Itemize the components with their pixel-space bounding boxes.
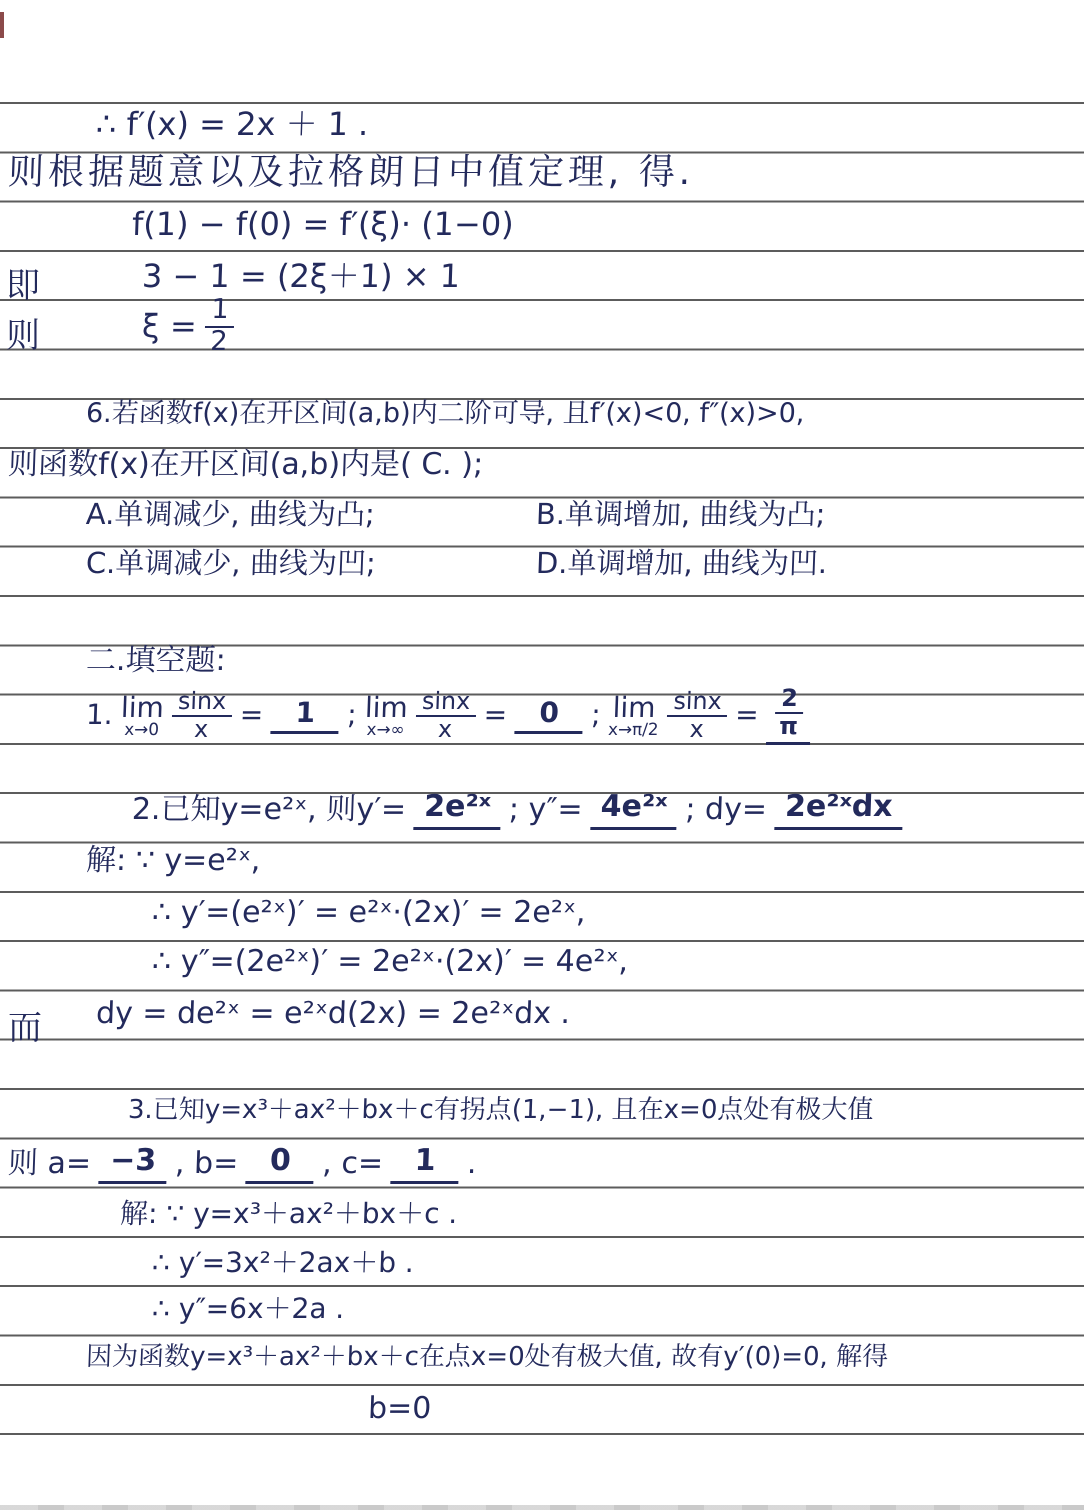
fraction-numerator: 2 xyxy=(775,686,805,714)
q2-stem-text-a: 2.已知y=e²ˣ, 则y′= xyxy=(131,793,406,828)
q3-solution-line5: b=0 xyxy=(367,1392,431,1427)
q3-stem-line: 3.已知y=x³＋ax²＋bx＋c有拐点(1,−1), 且在x=0点处有极大值 xyxy=(127,1096,873,1126)
fraction-denominator: x xyxy=(434,717,457,742)
lagrange-derivative-line: ∴ f′(x) = 2x ＋ 1 . xyxy=(95,106,369,143)
lim-subscript: x→π/2 xyxy=(608,721,659,738)
separator: ; xyxy=(591,699,602,731)
fraction-denominator: π xyxy=(775,714,803,739)
q3-c-label: , c= xyxy=(322,1147,384,1182)
period: . xyxy=(466,1147,477,1182)
q3-answer-a: −3 xyxy=(98,1144,167,1184)
separator: ; xyxy=(347,699,358,731)
fraction-denominator: x xyxy=(685,717,708,742)
q1-number: 1. xyxy=(85,699,113,731)
fraction-numerator: 1 xyxy=(205,296,235,328)
limit-2-answer: 0 xyxy=(515,697,584,734)
equals-sign: = xyxy=(239,699,264,731)
q2-stem-text-c: ; dy= xyxy=(685,793,768,828)
q3-answer-c: 1 xyxy=(390,1144,459,1184)
fraction-numerator: sinx xyxy=(415,689,476,717)
q2-stem-text-b: ; y″= xyxy=(508,793,583,828)
fraction-denominator: 2 xyxy=(206,328,232,357)
limit-1-answer: 1 xyxy=(271,697,340,734)
q2-solution-line2: ∴ y′=(e²ˣ)′ = e²ˣ·(2x)′ = 2e²ˣ, xyxy=(151,896,586,931)
q6-stem-line1: 6.若函数f(x)在开区间(a,b)内二阶可导, 且f′(x)<0, f″(x)… xyxy=(85,398,805,429)
q3-solution-line3: ∴ y″=6x＋2a . xyxy=(151,1293,344,1325)
lagrange-step1-line: 3 − 1 = (2ξ＋1) × 1 xyxy=(141,258,460,295)
fraction-denominator: x xyxy=(190,717,213,742)
margin-word-ze: 则 xyxy=(6,308,40,357)
limit-3-fraction: sinx x xyxy=(666,689,728,742)
q6-option-c: C.单调减少, 曲线为凹; xyxy=(85,547,376,580)
q6-option-a: A.单调减少, 曲线为凸; xyxy=(85,498,375,531)
lagrange-equation-line: f(1) − f(0) = f′(ξ)· (1−0) xyxy=(131,206,514,243)
lagrange-xi-line: ξ = 1 2 xyxy=(141,296,235,356)
q3-solution-line4: 因为函数y=x³＋ax²＋bx＋c在点x=0处有极大值, 故有y′(0)=0, … xyxy=(85,1343,888,1373)
limit-3: lim x→π/2 xyxy=(608,694,660,738)
xi-equals: ξ = xyxy=(141,308,197,345)
q2-answer-3: 2e²ˣdx xyxy=(774,790,903,830)
q3-solution-line1: 解: ∵ y=x³＋ax²＋bx＋c . xyxy=(119,1198,457,1230)
lagrange-theorem-line: 则根据题意以及拉格朗日中值定理, 得. xyxy=(7,152,695,193)
margin-word-er: 而 xyxy=(8,1000,42,1049)
q6-option-b: B.单调增加, 曲线为凸; xyxy=(535,498,825,531)
limit-1: lim x→0 xyxy=(120,694,164,738)
q3-answer-b: 0 xyxy=(246,1144,315,1184)
notebook-page: ∴ f′(x) = 2x ＋ 1 . 则根据题意以及拉格朗日中值定理, 得. f… xyxy=(0,0,1084,1510)
limit-3-answer-fraction: 2 π xyxy=(766,686,813,745)
q3-b-label: , b= xyxy=(174,1147,238,1182)
lim-word: lim xyxy=(364,694,408,722)
margin-word-ji: 即 xyxy=(6,258,40,307)
limit-1-fraction: sinx x xyxy=(171,689,233,742)
q6-option-d: D.单调增加, 曲线为凹. xyxy=(535,547,827,580)
fill-q1-limits-line: 1. lim x→0 sinx x = 1 ; lim x→∞ sinx x =… xyxy=(85,686,812,745)
q2-solution-line1: 解: ∵ y=e²ˣ, xyxy=(85,844,261,879)
q6-stem-line2: 则函数f(x)在开区间(a,b)内是( C. ); xyxy=(7,448,483,483)
lim-word: lim xyxy=(121,694,165,722)
page-bottom-edge xyxy=(0,1505,1084,1510)
q2-solution-line3: ∴ y″=(2e²ˣ)′ = 2e²ˣ·(2x)′ = 4e²ˣ, xyxy=(151,945,628,980)
lim-subscript: x→0 xyxy=(124,721,159,738)
q6-options-row2: C.单调减少, 曲线为凹; D.单调增加, 曲线为凹. xyxy=(85,547,1076,580)
lim-word: lim xyxy=(612,694,656,722)
fill-section-header: 二.填空题: xyxy=(85,644,226,679)
equals-sign: = xyxy=(483,699,508,731)
limit-2: lim x→∞ xyxy=(364,694,408,738)
xi-fraction: 1 2 xyxy=(204,296,235,356)
q6-options-row1: A.单调减少, 曲线为凸; B.单调增加, 曲线为凸; xyxy=(85,498,1076,531)
q2-answer-2: 4e²ˣ xyxy=(590,790,678,830)
q2-stem-line: 2.已知y=e²ˣ, 则y′= 2e²ˣ ; y″= 4e²ˣ ; dy= 2e… xyxy=(131,790,903,830)
lim-subscript: x→∞ xyxy=(366,721,405,738)
page-edge-mark xyxy=(0,12,4,38)
q2-solution-line4: dy = de²ˣ = e²ˣd(2x) = 2e²ˣdx . xyxy=(95,997,570,1032)
equals-sign: = xyxy=(735,699,760,731)
fraction-numerator: sinx xyxy=(172,689,233,717)
fraction-numerator: sinx xyxy=(667,689,728,717)
q3-answers-line: 则 a= −3 , b= 0 , c= 1 . xyxy=(7,1144,477,1184)
q2-answer-1: 2e²ˣ xyxy=(413,790,501,830)
q3-solution-line2: ∴ y′=3x²＋2ax＋b . xyxy=(151,1247,414,1279)
q3-a-label: 则 a= xyxy=(7,1147,91,1182)
limit-2-fraction: sinx x xyxy=(415,689,477,742)
